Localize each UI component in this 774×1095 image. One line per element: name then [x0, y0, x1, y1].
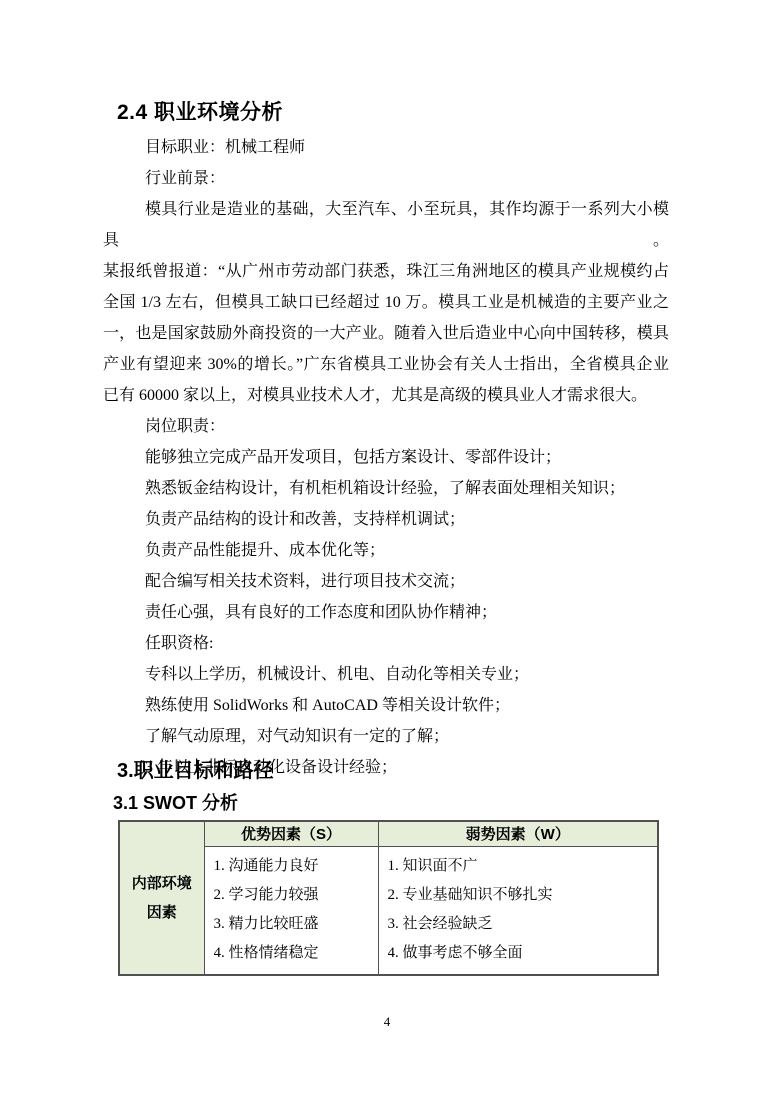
body-line: 一，也是国家鼓励外商投资的一大产业。随着入世后造业中心向中国转移，模具 — [103, 318, 669, 349]
body-line: 目标职业：机械工程师 — [103, 132, 669, 163]
swot-row-header-internal-factors: 内部环境 因素 — [119, 821, 204, 975]
body-line: 了解气动原理，对气动知识有一定的了解； — [103, 721, 669, 752]
body-line: 产业有望迎来 30%的增长。”广东省模具工业协会有关人士指出，全省模具企业 — [103, 349, 669, 380]
swot-strengths-cell: 1. 沟通能力良好 2. 学习能力较强 3. 精力比较旺盛 4. 性格情绪稳定 — [204, 846, 378, 975]
swot-header-row: 内部环境 因素 优势因素（S） 弱势因素（W） — [119, 821, 658, 846]
body-line: 行业前景： — [103, 163, 669, 194]
row-header-line: 因素 — [120, 898, 204, 927]
page-number: 4 — [0, 1014, 774, 1030]
weakness-item: 1. 知识面不广 — [388, 852, 654, 881]
body-line: 负责产品结构的设计和改善，支持样机调试； — [103, 504, 669, 535]
body-line: 熟练使用 SolidWorks 和 AutoCAD 等相关设计软件； — [103, 690, 669, 721]
body-line: 岗位职责： — [103, 411, 669, 442]
body-line: 已有 60000 家以上，对模具业技术人才，尤其是高级的模具业人才需求很大。 — [103, 380, 669, 411]
weakness-item: 4. 做事考虑不够全面 — [388, 939, 654, 968]
document-page: 2.4 职业环境分析 目标职业：机械工程师 行业前景： 模具行业是造业的基础，大… — [0, 0, 774, 1095]
heading-career-goals-and-path: 3.职业目标和路径 — [117, 759, 274, 784]
heading-career-environment-analysis: 2.4 职业环境分析 — [117, 100, 283, 126]
body-line: 熟悉钣金结构设计，有机柜机箱设计经验，了解表面处理相关知识； — [103, 473, 669, 504]
body-line: 配合编写相关技术资料，进行项目技术交流； — [103, 566, 669, 597]
body-line: 任职资格: — [103, 628, 669, 659]
strength-item: 2. 学习能力较强 — [214, 881, 374, 910]
weakness-item: 3. 社会经验缺乏 — [388, 910, 654, 939]
swot-column-header-weaknesses: 弱势因素（W） — [378, 821, 658, 846]
body-line: 某报纸曾报道：“从广州市劳动部门获悉，珠江三角洲地区的模具产业规模约占 — [103, 256, 669, 287]
body-line: 专科以上学历，机械设计、机电、自动化等相关专业； — [103, 659, 669, 690]
strength-item: 4. 性格情绪稳定 — [214, 939, 374, 968]
swot-column-header-strengths: 优势因素（S） — [204, 821, 378, 846]
heading-swot-analysis: 3.1 SWOT 分析 — [113, 792, 238, 815]
strength-item: 1. 沟通能力良好 — [214, 852, 374, 881]
body-line: 全国 1/3 左右，但模具工缺口已经超过 10 万。模具工业是机械造的主要产业之 — [103, 287, 669, 318]
body-line: 能够独立完成产品开发项目，包括方案设计、零部件设计； — [103, 442, 669, 473]
row-header-line: 内部环境 — [120, 869, 204, 898]
body-line: 责任心强，具有良好的工作态度和团队协作精神； — [103, 597, 669, 628]
body-line: 负责产品性能提升、成本优化等； — [103, 535, 669, 566]
swot-table: 内部环境 因素 优势因素（S） 弱势因素（W） 1. 沟通能力良好 2. 学习能… — [118, 820, 659, 976]
body-text-block: 目标职业：机械工程师 行业前景： 模具行业是造业的基础，大至汽车、小至玩具，其作… — [103, 132, 669, 783]
body-line: 模具行业是造业的基础，大至汽车、小至玩具，其作均源于一系列大小模具。 — [103, 194, 669, 256]
weakness-item: 2. 专业基础知识不够扎实 — [388, 881, 654, 910]
swot-weaknesses-cell: 1. 知识面不广 2. 专业基础知识不够扎实 3. 社会经验缺乏 4. 做事考虑… — [378, 846, 658, 975]
strength-item: 3. 精力比较旺盛 — [214, 910, 374, 939]
